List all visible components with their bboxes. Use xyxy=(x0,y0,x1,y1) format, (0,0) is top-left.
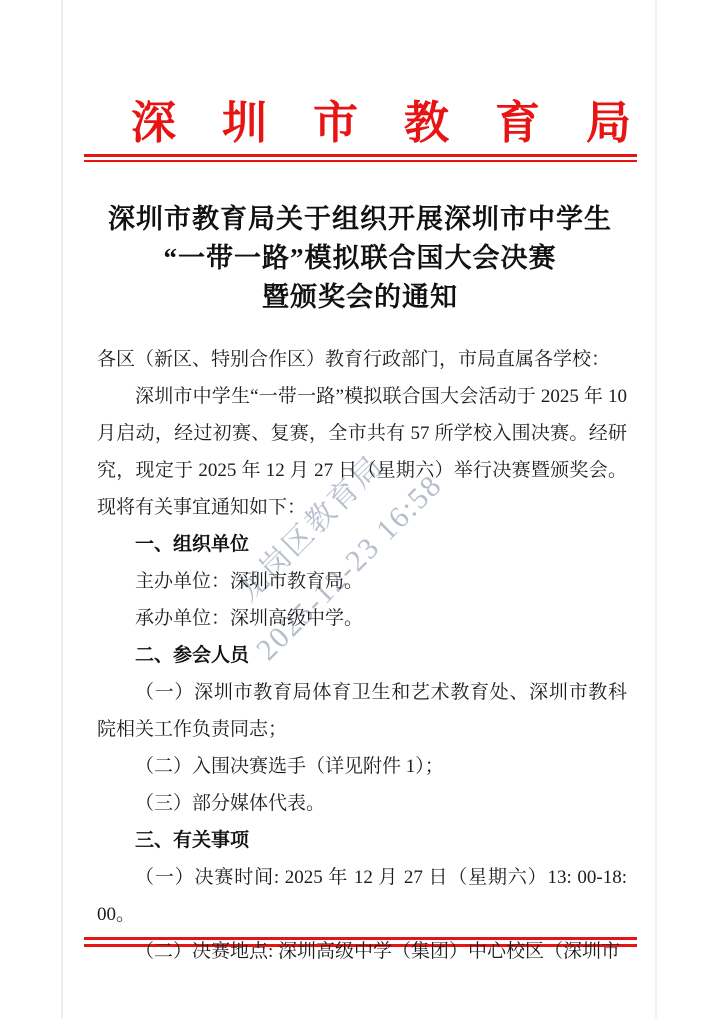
notice-title: 深圳市教育局关于组织开展深圳市中学生 “一带一路”模拟联合国大会决赛 暨颁奖会的… xyxy=(60,200,660,317)
notice-title-line-3: 暨颁奖会的通知 xyxy=(60,278,660,317)
notice-title-line-1: 深圳市教育局关于组织开展深圳市中学生 xyxy=(60,200,660,239)
section-3-item-1: （一）决赛时间: 2025 年 12 月 27 日（星期六）13: 00-18:… xyxy=(97,859,627,933)
section-1-heading: 一、组织单位 xyxy=(97,526,627,563)
section-3-heading: 三、有关事项 xyxy=(97,822,627,859)
section-1-item-2: 承办单位：深圳高级中学。 xyxy=(97,600,627,637)
section-2-heading: 二、参会人员 xyxy=(97,637,627,674)
notice-title-line-2: “一带一路”模拟联合国大会决赛 xyxy=(60,239,660,278)
section-2-item-3: （三）部分媒体代表。 xyxy=(97,785,627,822)
section-1-item-1: 主办单位：深圳市教育局。 xyxy=(97,563,627,600)
salutation-paragraph: 各区（新区、特别合作区）教育行政部门，市局直属各学校： xyxy=(97,341,627,378)
page-edge-shadow-right xyxy=(655,0,657,1018)
notice-body: 各区（新区、特别合作区）教育行政部门，市局直属各学校： 深圳市中学生“一带一路”… xyxy=(97,341,627,970)
letterhead-agency-name: 深圳市教育局 xyxy=(85,86,637,151)
section-2-item-2: （二）入围决赛选手（详见附件 1）； xyxy=(97,748,627,785)
letterhead-double-rule xyxy=(84,154,637,162)
document-page: 深圳市教育局 龙岗区教育局 2025-12-23 16:58 深圳市教育局关于组… xyxy=(0,0,720,1018)
section-3-item-2: （二）决赛地点: 深圳高级中学（集团）中心校区（深圳市 xyxy=(97,933,627,970)
section-2-item-1: （一）深圳市教育局体育卫生和艺术教育处、深圳市教科院相关工作负责同志； xyxy=(97,674,627,748)
page-edge-shadow-left xyxy=(61,0,63,1018)
intro-paragraph: 深圳市中学生“一带一路”模拟联合国大会活动于 2025 年 10 月启动，经过初… xyxy=(97,378,627,526)
